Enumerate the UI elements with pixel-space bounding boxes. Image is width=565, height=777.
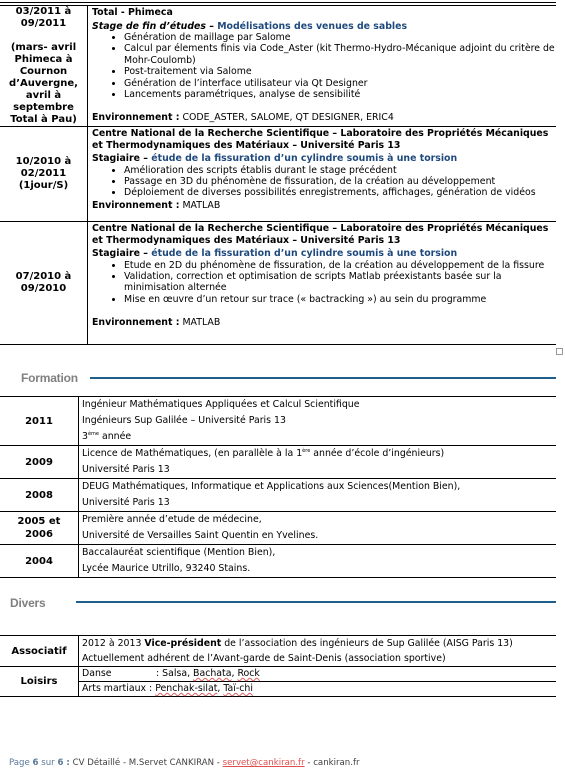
associatif-org: de l’association des ingénieurs de Sup G…: [221, 638, 513, 649]
environment: Environnement : MATLAB: [92, 200, 556, 212]
experience-dates: 10/2010 à02/2011(1jour/S): [0, 127, 88, 222]
employer: Centre National de la Recherche Scientif…: [92, 128, 556, 151]
formation-year: 2008: [0, 479, 79, 512]
label-associatif: Associatif: [0, 636, 79, 667]
experience-details: Centre National de la Recherche Scientif…: [88, 127, 557, 222]
formation-details: Première année d’etude de médecine,Unive…: [79, 512, 557, 545]
formation-table: 2011Ingénieur Mathématiques Appliquées e…: [0, 396, 556, 578]
associatif-line-2: Actuellement adhérent de l’Avant-garde d…: [82, 651, 556, 666]
task-item: Calcul par élements finis via Code_Aster…: [124, 43, 556, 66]
divers-row-associatif: Associatif 2012 à 2013 Vice-président de…: [0, 636, 556, 667]
environment: Environnement : CODE_ASTER, SALOME, QT D…: [92, 112, 556, 124]
formation-year: 2004: [0, 545, 79, 578]
associatif-role: Vice-président: [144, 638, 221, 649]
task-item: Génération de maillage par Salome: [124, 32, 556, 43]
job-title: Stagiaire – étude de la fissuration d’un…: [92, 248, 556, 260]
task-list: Amélioration des scripts établis durant …: [92, 165, 556, 199]
environment: Environnement : MATLAB: [92, 317, 556, 329]
experience-table: 03/2011 à09/2011 (mars- avrilPhimeca àCo…: [0, 6, 556, 345]
divers-row-loisirs-danse: Loisirs Danse: Salsa, Bachata, Rock: [0, 667, 556, 682]
task-list: Génération de maillage par SalomeCalcul …: [92, 32, 556, 100]
experience-dates: 03/2011 à09/2011 (mars- avrilPhimeca àCo…: [0, 6, 88, 127]
formation-details: Licence de Mathématiques, (en parallèle …: [79, 446, 557, 479]
task-item: Lancements paramétriques, analyse de sen…: [124, 89, 556, 100]
task-item: Validation, correction et optimisation d…: [124, 271, 556, 294]
experience-row: 07/2010 à09/2010Centre National de la Re…: [0, 222, 556, 345]
table-anchor-handle[interactable]: [556, 348, 563, 355]
task-item: Déploiement de diverses possibilités enr…: [124, 187, 556, 198]
task-item: Post-traitement via Salome: [124, 66, 556, 77]
footer-doc-title: CV Détaillé - M.Servet CANKIRAN -: [70, 758, 223, 768]
formation-details: DEUG Mathématiques, Informatique et Appl…: [79, 479, 557, 512]
value-associatif: 2012 à 2013 Vice-président de l’associat…: [79, 636, 557, 667]
section-title-divers: Divers: [10, 596, 46, 610]
footer-site: cankiran.fr: [313, 758, 359, 768]
job-title: Stagiaire – étude de la fissuration d’un…: [92, 153, 556, 165]
formation-row: 2005 et2006Première année d’etude de méd…: [0, 512, 556, 545]
employer: Centre National de la Recherche Scientif…: [92, 223, 556, 246]
formation-row: 2004Baccalauréat scientifique (Mention B…: [0, 545, 556, 578]
associatif-line-1: 2012 à 2013 Vice-président de l’associat…: [82, 636, 556, 651]
employer: Total - Phimeca: [92, 7, 556, 19]
label-loisirs: Loisirs: [0, 667, 79, 697]
footer-email-link[interactable]: servet@cankiran.fr: [223, 758, 305, 768]
divers-row-loisirs-arts: Arts martiaux : Penchak-silat, Taï-chi: [0, 682, 556, 697]
experience-dates: 07/2010 à09/2010: [0, 222, 88, 345]
experience-row: 03/2011 à09/2011 (mars- avrilPhimeca àCo…: [0, 6, 556, 127]
formation-row: 2009Licence de Mathématiques, (en parall…: [0, 446, 556, 479]
section-divider-divers: [76, 601, 556, 603]
task-item: Génération de l’interface utilisateur vi…: [124, 78, 556, 89]
value-arts-martiaux: Arts martiaux : Penchak-silat, Taï-chi: [79, 682, 557, 697]
task-item: Mise en œuvre d’un retour sur trace (« b…: [124, 294, 556, 305]
top-rule: [0, 2, 556, 3]
experience-details: Centre National de la Recherche Scientif…: [88, 222, 557, 345]
value-danse: Danse: Salsa, Bachata, Rock: [79, 667, 557, 682]
page-indicator: Page 6 sur 6 :: [9, 758, 70, 768]
formation-row: 2008DEUG Mathématiques, Informatique et …: [0, 479, 556, 512]
formation-row: 2011Ingénieur Mathématiques Appliquées e…: [0, 397, 556, 446]
section-title-formation: Formation: [21, 371, 78, 385]
formation-year: 2009: [0, 446, 79, 479]
formation-details: Baccalauréat scientifique (Mention Bien)…: [79, 545, 557, 578]
task-item: Passage en 3D du phénomène de fissuratio…: [124, 176, 556, 187]
section-divider-formation: [90, 377, 556, 379]
formation-year: 2011: [0, 397, 79, 446]
page-footer: Page 6 sur 6 : CV Détaillé - M.Servet CA…: [9, 758, 360, 768]
experience-details: Total - PhimecaStage de fin d’études – M…: [88, 6, 557, 127]
formation-year: 2005 et2006: [0, 512, 79, 545]
formation-details: Ingénieur Mathématiques Appliquées et Ca…: [79, 397, 557, 446]
experience-row: 10/2010 à02/2011(1jour/S)Centre National…: [0, 127, 556, 222]
associatif-dates: 2012 à 2013: [82, 638, 144, 649]
task-list: Etude en 2D du phénomène de fissuration,…: [92, 260, 556, 306]
task-item: Etude en 2D du phénomène de fissuration,…: [124, 260, 556, 271]
divers-table: Associatif 2012 à 2013 Vice-président de…: [0, 635, 556, 697]
job-title: Stage de fin d’études – Modélisations de…: [92, 21, 556, 33]
task-item: Amélioration des scripts établis durant …: [124, 165, 556, 176]
